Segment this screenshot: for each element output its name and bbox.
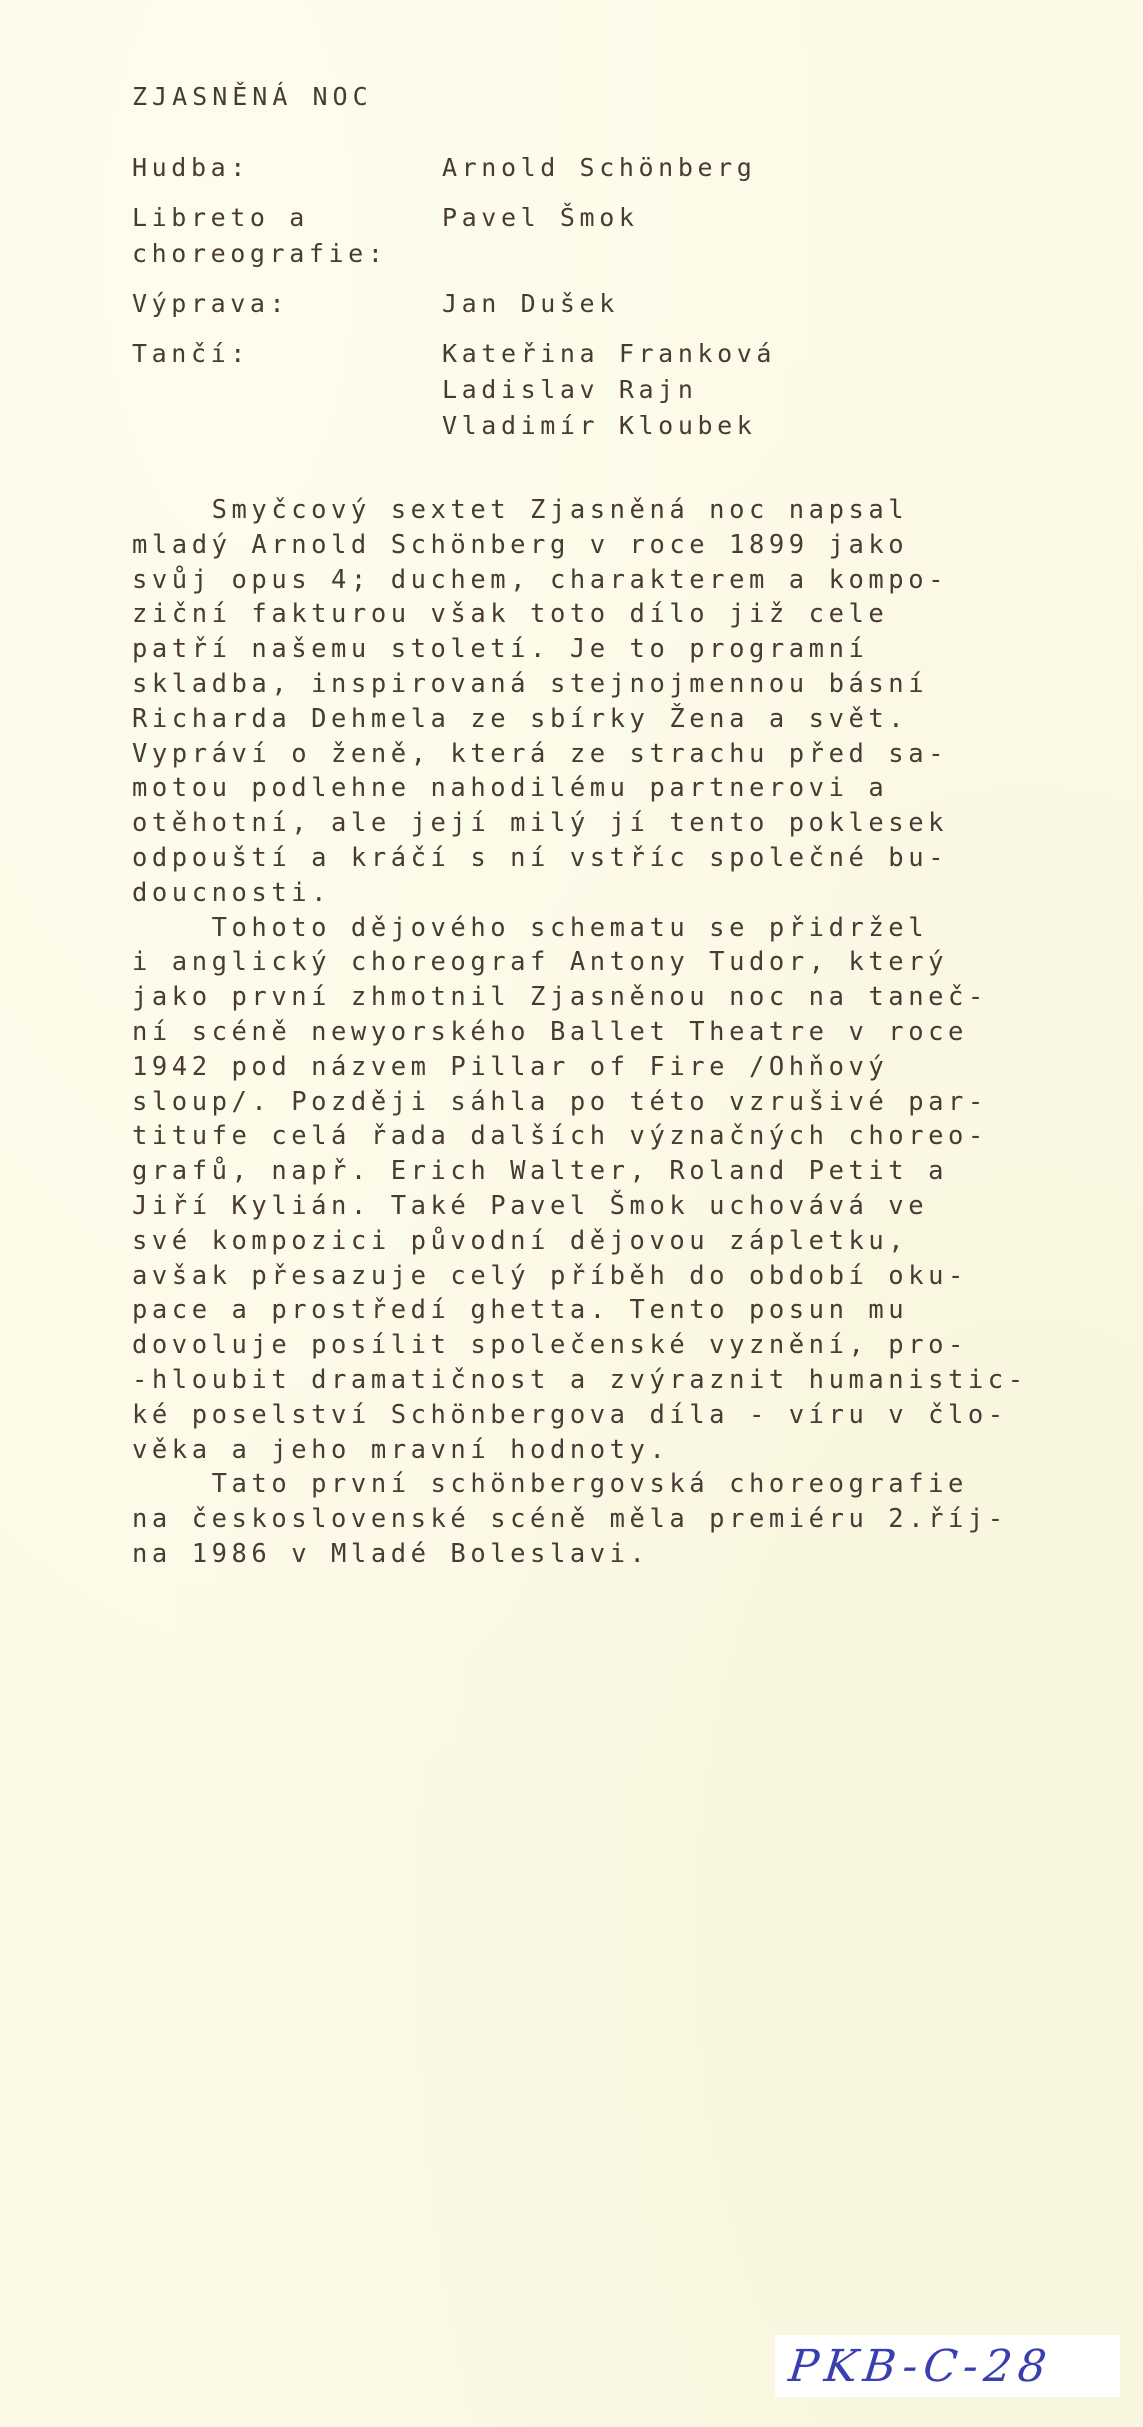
- credit-label: Výprava:: [132, 286, 442, 322]
- body-text: Smyčcový sextet Zjasněná noc napsalmladý…: [132, 493, 1122, 1572]
- body-line: avšak přesazuje celý příběh do období ok…: [132, 1259, 1122, 1294]
- body-line: Richarda Dehmela ze sbírky Žena a svět.: [132, 702, 1122, 737]
- credit-value: Arnold Schönberg: [442, 150, 756, 186]
- body-line: 1942 pod názvem Pillar of Fire /Ohňový: [132, 1050, 1122, 1085]
- body-line: Jiří Kylián. Také Pavel Šmok uchovává ve: [132, 1189, 1122, 1224]
- credit-value: Vladimír Kloubek: [442, 408, 776, 444]
- body-line: doucnosti.: [132, 876, 1122, 911]
- document-page: ZJASNĚNÁ NOC Hudba: Arnold Schönberg Lib…: [0, 0, 1143, 2427]
- body-line: ní scéně newyorského Ballet Theatre v ro…: [132, 1015, 1122, 1050]
- credits-block: Hudba: Arnold Schönberg Libreto a choreo…: [132, 150, 776, 458]
- body-line: věka a jeho mravní hodnoty.: [132, 1433, 1122, 1468]
- credit-row-music: Hudba: Arnold Schönberg: [132, 150, 776, 186]
- body-line: ziční fakturou však toto dílo již cele: [132, 597, 1122, 632]
- body-line: sloup/. Později sáhla po této vzrušivé p…: [132, 1085, 1122, 1120]
- body-line: odpouští a kráčí s ní vstříc společné bu…: [132, 841, 1122, 876]
- credit-label: Tančí:: [132, 336, 442, 444]
- body-line: na československé scéně měla premiéru 2.…: [132, 1502, 1122, 1537]
- document-title: ZJASNĚNÁ NOC: [132, 82, 373, 111]
- credit-row-libretto: Libreto a choreografie: Pavel Šmok: [132, 200, 776, 272]
- body-line: mladý Arnold Schönberg v roce 1899 jako: [132, 528, 1122, 563]
- body-line: grafů, např. Erich Walter, Roland Petit …: [132, 1154, 1122, 1189]
- body-line: -hloubit dramatičnost a zvýraznit humani…: [132, 1363, 1122, 1398]
- body-line: patří našemu století. Je to programní: [132, 632, 1122, 667]
- archive-label: PKB-C-28: [786, 2341, 1054, 2392]
- body-line: Tohoto dějového schematu se přidržel: [132, 911, 1122, 946]
- credit-row-dancers: Tančí: Kateřina Franková Ladislav Rajn V…: [132, 336, 776, 444]
- body-line: otěhotní, ale její milý jí tento poklese…: [132, 806, 1122, 841]
- archive-label-sticker: PKB-C-28: [775, 2335, 1120, 2397]
- credit-label: Libreto a choreografie:: [132, 200, 442, 272]
- credit-label: Hudba:: [132, 150, 442, 186]
- body-line: motou podlehne nahodilému partnerovi a: [132, 771, 1122, 806]
- body-line: dovoluje posílit společenské vyznění, pr…: [132, 1328, 1122, 1363]
- body-line: skladba, inspirovaná stejnojmennou básní: [132, 667, 1122, 702]
- body-line: i anglický choreograf Antony Tudor, kter…: [132, 945, 1122, 980]
- body-line: svůj opus 4; duchem, charakterem a kompo…: [132, 563, 1122, 598]
- credit-value: Pavel Šmok: [442, 200, 639, 236]
- body-line: Vypráví o ženě, která ze strachu před sa…: [132, 737, 1122, 772]
- body-line: pace a prostředí ghetta. Tento posun mu: [132, 1293, 1122, 1328]
- body-line: Smyčcový sextet Zjasněná noc napsal: [132, 493, 1122, 528]
- credit-row-design: Výprava: Jan Dušek: [132, 286, 776, 322]
- credit-value: Jan Dušek: [442, 286, 619, 322]
- body-line: své kompozici původní dějovou zápletku,: [132, 1224, 1122, 1259]
- body-line: Tato první schönbergovská choreografie: [132, 1467, 1122, 1502]
- body-line: jako první zhmotnil Zjasněnou noc na tan…: [132, 980, 1122, 1015]
- credit-value: Ladislav Rajn: [442, 372, 776, 408]
- body-line: na 1986 v Mladé Boleslavi.: [132, 1537, 1122, 1572]
- credit-value: Kateřina Franková: [442, 336, 776, 372]
- body-line: ké poselství Schönbergova díla - víru v …: [132, 1398, 1122, 1433]
- body-line: titufe celá řada dalších význačných chor…: [132, 1119, 1122, 1154]
